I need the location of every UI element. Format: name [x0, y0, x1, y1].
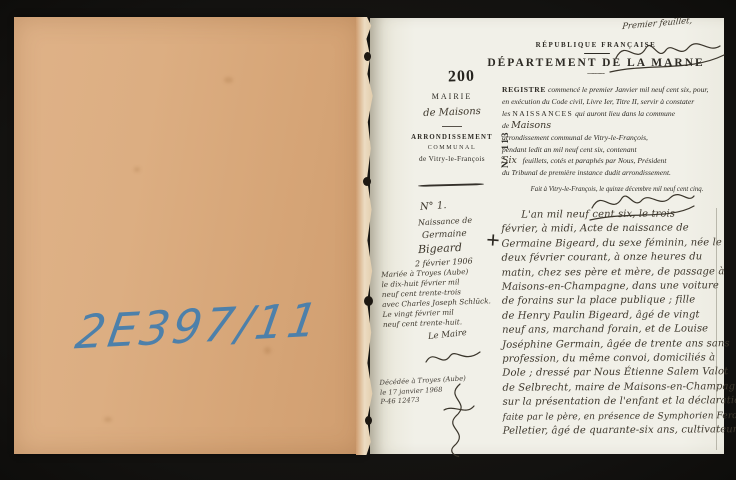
act-line: faite par le père, en présence de Sympho…: [503, 409, 727, 425]
feuillets-count-handwritten: Six: [502, 155, 517, 166]
marriage-marginal-note: Mariée à Troyes (Aube) le dix-huit févri…: [381, 266, 501, 330]
act-line: Joséphine Germain, âgée de trente ans sa…: [502, 337, 726, 353]
mairie-block: MAIRIE de Maisons ARRONDISSEMENT COMMUNA…: [402, 92, 502, 163]
arrondissement-name: de Vitry-le-François: [402, 155, 502, 163]
preamble-line: de: [502, 121, 509, 130]
archive-reference-label: 2E397/11: [72, 292, 320, 359]
preamble-line: commencé le premier Janvier mil neuf cen…: [548, 85, 708, 94]
right-margin-rule: [716, 208, 717, 450]
register-preamble: REGISTRE commencé le premier Janvier mil…: [502, 84, 724, 179]
act-line: L'an mil neuf cent six, le trois: [501, 207, 725, 223]
left-cover-page: 2E397/11: [14, 17, 362, 454]
paper-stain: [224, 77, 233, 83]
le-maire-label: Le Maire: [428, 328, 468, 342]
deceased-cross-icon: +: [485, 228, 501, 256]
photo-backdrop: 2E397/11 Premier feuillet, RÉPUBLIQUE FR…: [0, 0, 736, 480]
act-number: N° 1.: [420, 200, 447, 213]
signature-flourish-death-note: [436, 380, 478, 460]
commune-name-handwritten: Maisons: [511, 120, 551, 131]
communal-label: COMMUNAL: [402, 145, 502, 151]
act-line: Dole ; dressé par Nous Étienne Salem Val…: [502, 366, 726, 382]
stitch-hole: [364, 52, 371, 61]
preamble-line: feuillets, cotés et paraphés par Nous, P…: [523, 156, 667, 165]
act-line: de forains sur la place publique ; fille: [502, 294, 726, 310]
flourish-rule: [418, 183, 484, 187]
preamble-line: en exécution du Code civil, Livre Ier, T…: [502, 96, 724, 108]
act-line: Maisons-en-Champagne, dans une voiture: [502, 279, 726, 295]
act-line: Germaine Bigeard, du sexe féminin, née l…: [501, 236, 725, 252]
preamble-line: les: [502, 109, 510, 118]
act-line: février, à midi, Acte de naissance de: [501, 222, 725, 238]
arrondissement-label: ARRONDISSEMENT: [402, 134, 502, 141]
register-title-page: Premier feuillet, RÉPUBLIQUE FRANÇAISE D…: [370, 18, 724, 454]
act-line: de Henry Paulin Bigeard, âgé de vingt: [502, 308, 726, 324]
small-divider: [442, 126, 462, 127]
page-number-stamp: 200: [448, 68, 476, 87]
preamble-line: pendant ledit an mil neuf cent six, cont…: [502, 144, 724, 156]
ornament-divider-icon: [578, 72, 614, 75]
margin-first-name: Germaine: [422, 229, 467, 241]
act-line: deux février courant, à onze heures du: [501, 250, 725, 266]
margin-act-title: Naissance de: [418, 216, 472, 228]
signature-flourish-mayor: [422, 346, 484, 370]
preamble-line: qui auront lieu dans la commune: [575, 109, 675, 118]
stitch-hole: [365, 416, 372, 425]
department-title: DÉPARTEMENT DE LA MARNE: [466, 57, 726, 69]
mairie-label: MAIRIE: [402, 92, 502, 101]
act-line: sur la présentation de l'enfant et la dé…: [503, 394, 727, 410]
preamble-line: du Tribunal de première instance dudit a…: [502, 167, 724, 179]
act-line: de Selbrecht, maire de Maisons-en-Champa…: [502, 380, 726, 396]
margin-last-name: Bigeard: [418, 241, 463, 256]
signature-flourish-top: [608, 28, 726, 80]
stitch-hole: [364, 296, 373, 306]
act-line: profession, du même convoi, domiciliés à: [502, 351, 726, 367]
birth-act-text: L'an mil neuf cent six, le trois février…: [501, 207, 727, 439]
paper-stain: [104, 417, 112, 422]
preamble-line: arrondissement communal de Vitry-le-Fran…: [502, 132, 724, 144]
republic-title: RÉPUBLIQUE FRANÇAISE: [528, 41, 664, 49]
act-line: matin, chez ses père et mère, de passage…: [502, 265, 726, 281]
commune-handwritten: de Maisons: [402, 105, 502, 119]
act-line: Pelletier, âgé de quarante-six ans, cult…: [503, 423, 727, 439]
paper-stain: [134, 167, 140, 172]
naissances-word: NAISSANCES: [512, 109, 573, 118]
act-line: neuf ans, marchand forain, et de Louise: [502, 322, 726, 338]
registre-word: REGISTRE: [502, 85, 546, 94]
stitch-hole: [363, 177, 371, 186]
title-underline: [584, 53, 610, 54]
